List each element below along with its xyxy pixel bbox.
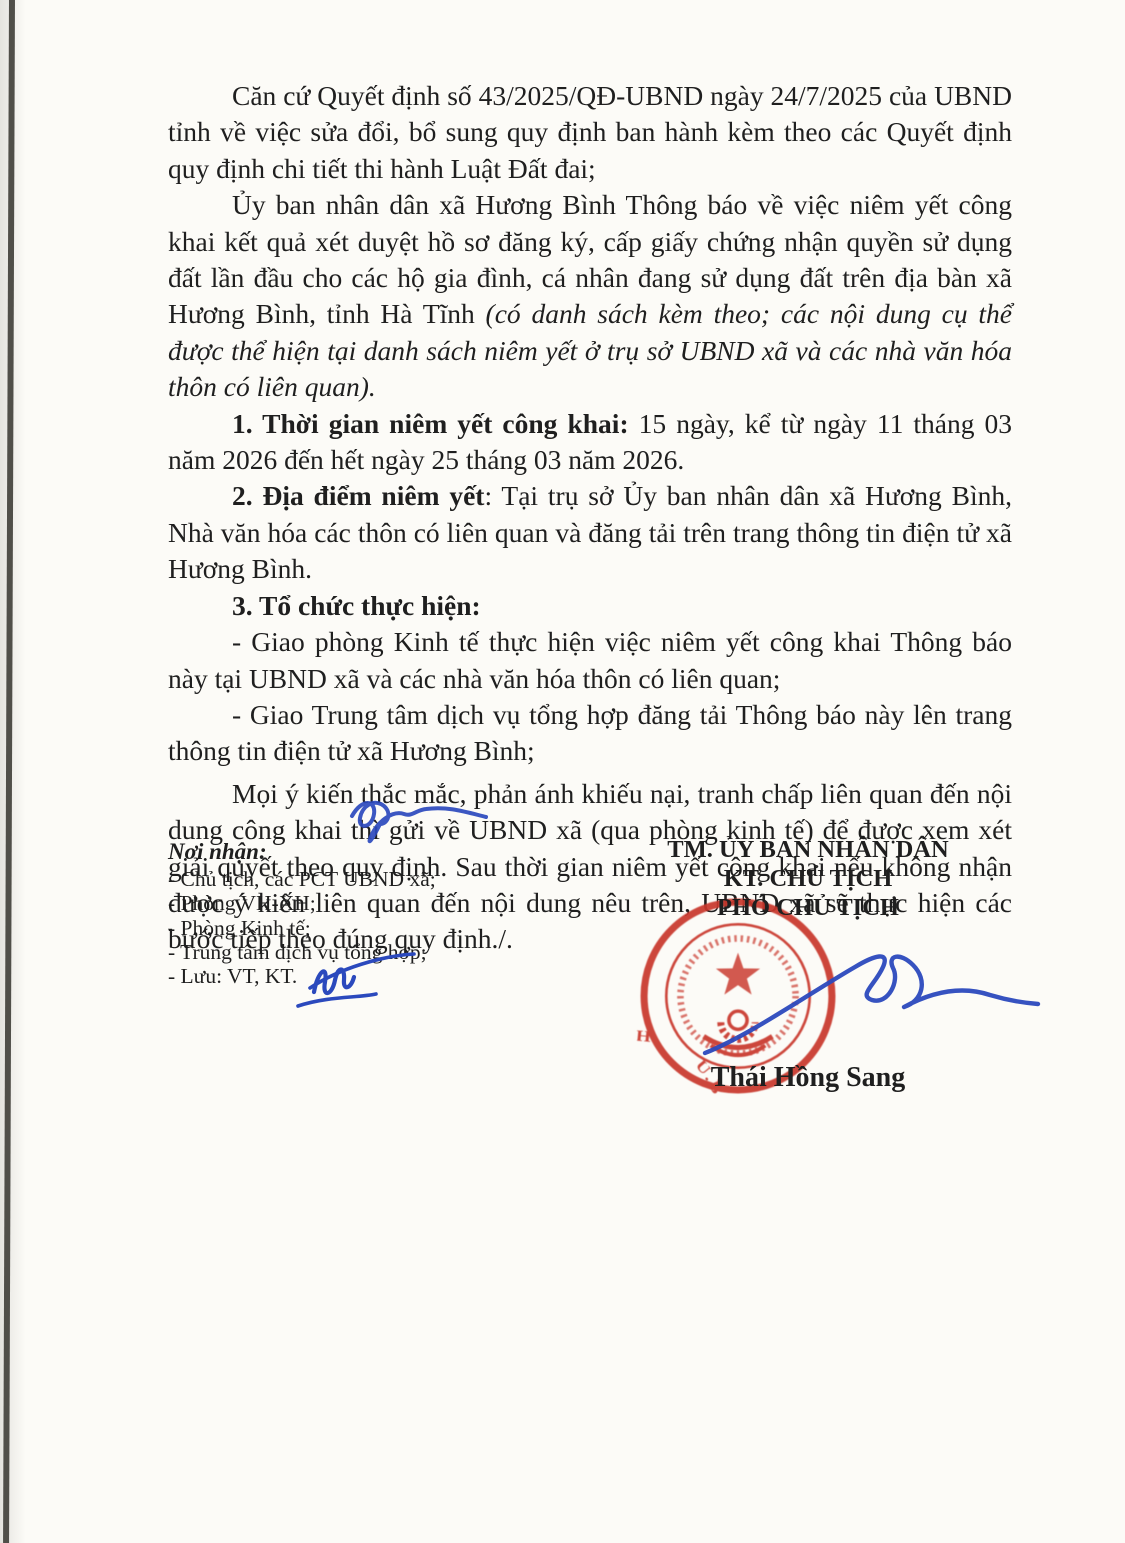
inline-signature-squiggle-icon xyxy=(338,790,498,852)
recipient-item: - Chủ tịch, các PCT UBND xã; xyxy=(168,867,588,891)
recipient-item: - Phòng VH-XH; xyxy=(168,891,588,915)
section-1: 1. Thời gian niêm yết công khai: 15 ngày… xyxy=(168,406,1012,479)
bullet-kinh-te-text: - Giao phòng Kinh tế thực hiện việc niêm… xyxy=(168,626,1012,693)
paragraph-can-cu-text: Căn cứ Quyết định số 43/2025/QĐ-UBND ngà… xyxy=(168,80,1012,184)
scanned-document-page: Căn cứ Quyết định số 43/2025/QĐ-UBND ngà… xyxy=(0,0,1125,1543)
section-1-heading: 1. Thời gian niêm yết công khai: xyxy=(232,408,629,439)
section-2: 2. Địa điểm niêm yết: Tại trụ sở Ủy ban … xyxy=(168,478,1012,587)
section-2-heading: 2. Địa điểm niêm yết xyxy=(232,480,484,511)
paragraph-thong-bao: Ủy ban nhân dân xã Hương Bình Thông báo … xyxy=(168,187,1012,405)
vice-chairman-signature-icon xyxy=(660,925,1055,1070)
sign-kt-line: KT. CHỦ TỊCH xyxy=(612,864,1004,893)
sign-title-line: PHÓ CHỦ TỊCH xyxy=(612,893,1004,922)
bullet-trung-tam: - Giao Trung tâm dịch vụ tổng hợp đăng t… xyxy=(168,697,1012,770)
recipient-item: - Phòng Kinh tế; xyxy=(168,916,588,940)
paragraph-can-cu: Căn cứ Quyết định số 43/2025/QĐ-UBND ngà… xyxy=(168,78,1012,187)
document-body: Căn cứ Quyết định số 43/2025/QĐ-UBND ngà… xyxy=(168,78,1012,958)
bullet-kinh-te: - Giao phòng Kinh tế thực hiện việc niêm… xyxy=(168,624,1012,697)
sign-org-line: TM. ỦY BAN NHÂN DÂN xyxy=(612,835,1004,864)
bullet-trung-tam-text: - Giao Trung tâm dịch vụ tổng hợp đăng t… xyxy=(168,699,1012,766)
signing-block: TM. ỦY BAN NHÂN DÂN KT. CHỦ TỊCH PHÓ CHỦ… xyxy=(612,835,1004,922)
section-3-heading-text: 3. Tổ chức thực hiện: xyxy=(232,590,481,621)
section-3-heading: 3. Tổ chức thực hiện: xyxy=(168,588,1012,624)
clerk-initials-signature-icon xyxy=(290,944,425,1012)
